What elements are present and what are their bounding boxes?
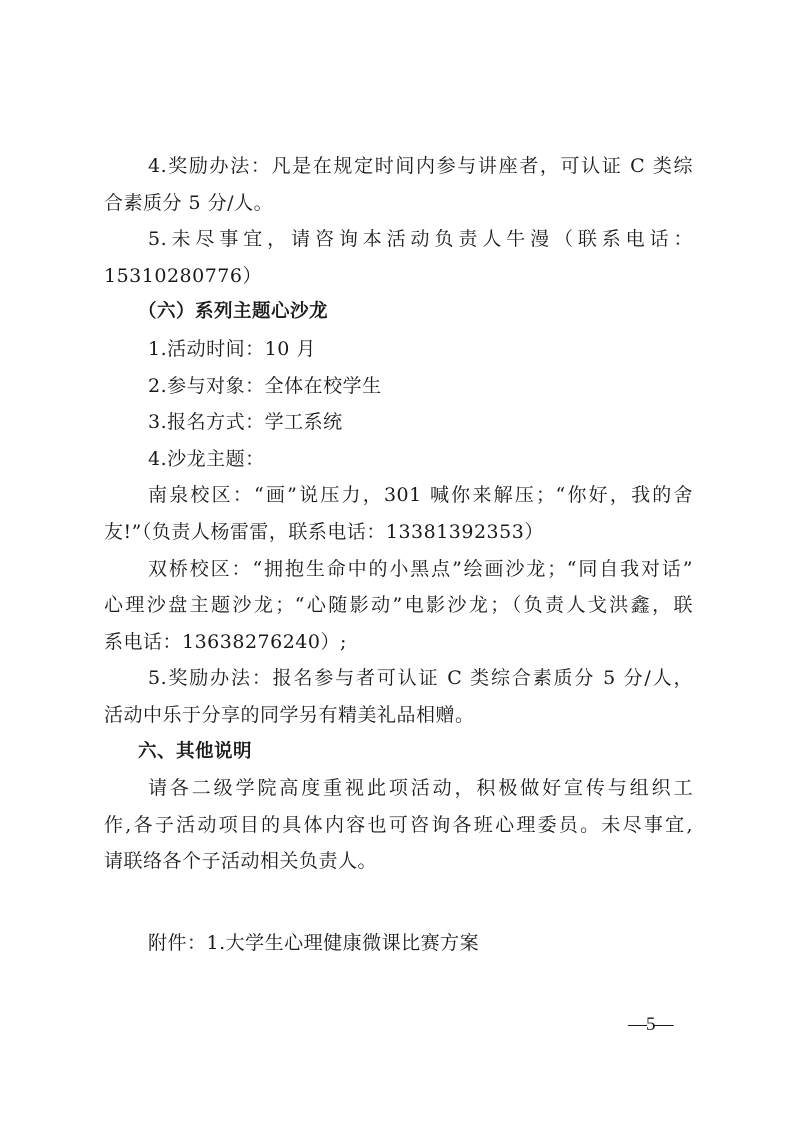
other-notes-line-cont: 作,各子活动项目的具体内容也可咨询各班心理委员。未尽事宜, (104, 807, 693, 844)
salon-reward-line: 5.奖励办法：报名参与者可认证 C 类综合素质分 5 分/人， (104, 660, 693, 697)
page-number: —5— (628, 1014, 673, 1036)
other-notes-line: 请各二级学院高度重视此项活动，积极做好宣传与组织工 (104, 770, 693, 807)
salon-topics-label: 4.沙龙主题： (104, 441, 693, 478)
shuangqiao-campus-contact: 系电话：13638276240）; (104, 624, 693, 661)
document-page: 4.奖励办法：凡是在规定时间内参与讲座者，可认证 C 类综 合素质分 5 分/人… (104, 148, 693, 961)
shuangqiao-campus-line-cont: 心理沙盘主题沙龙；“心随影动”电影沙龙；（负责人戈洪鑫，联 (104, 587, 693, 624)
section-heading-salon: （六）系列主题心沙龙 (104, 294, 693, 331)
salon-participants: 2.参与对象：全体在校学生 (104, 368, 693, 405)
reward-method-line-cont: 合素质分 5 分/人。 (104, 185, 693, 222)
spacer (104, 880, 693, 925)
salon-registration: 3.报名方式：学工系统 (104, 404, 693, 441)
salon-time: 1.活动时间：10 月 (104, 331, 693, 368)
salon-reward-line-cont: 活动中乐于分享的同学另有精美礼品相赠。 (104, 697, 693, 734)
reward-method-line: 4.奖励办法：凡是在规定时间内参与讲座者，可认证 C 类综 (104, 148, 693, 185)
other-matters-line: 5.未尽事宜，请咨询本活动负责人牛漫（联系电话： (104, 221, 693, 258)
nanquan-campus-line: 南泉校区：“画”说压力，301 喊你来解压；“你好，我的舍 (104, 477, 693, 514)
nanquan-campus-contact: 友!”（负责人杨雷雷，联系电话：13381392353） (104, 514, 693, 551)
other-matters-phone: 15310280776） (104, 258, 693, 295)
other-notes-line-end: 请联络各个子活动相关负责人。 (104, 843, 693, 880)
attachment-line: 附件：1.大学生心理健康微课比赛方案 (104, 925, 693, 962)
shuangqiao-campus-line: 双桥校区：“拥抱生命中的小黑点”绘画沙龙；“同自我对话” (104, 551, 693, 588)
section-heading-other-notes: 六、其他说明 (104, 734, 693, 771)
